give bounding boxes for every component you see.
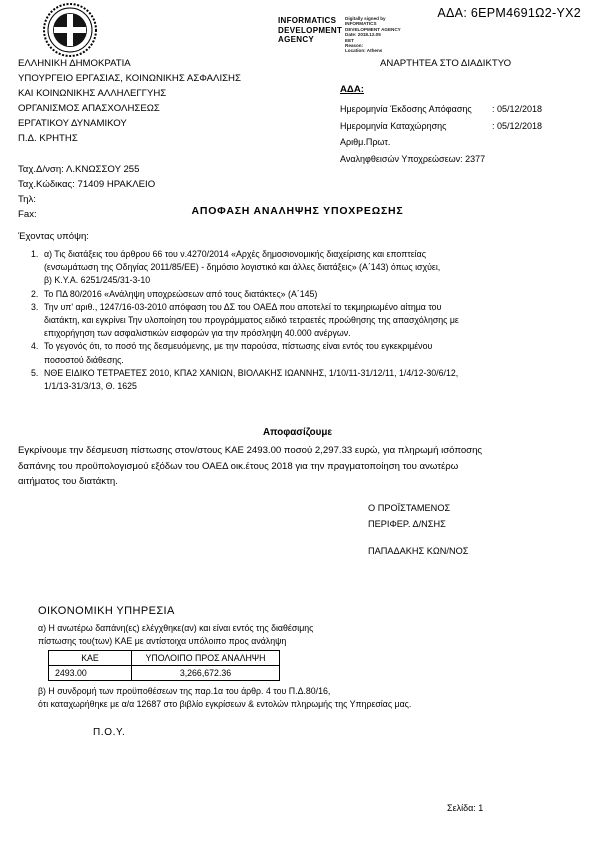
item-text: Το γεγονός ότι, το ποσό της δεσμευόμενης…: [44, 340, 579, 366]
entry-date-row: Ημερομηνία Καταχώρησης : 05/12/2018: [340, 118, 590, 135]
legal-item-2: 2. Το ΠΔ 80/2016 «Ανάληψη υποχρεώσεων απ…: [31, 288, 579, 301]
item-number: 1.: [31, 248, 44, 288]
table-header-row: ΚΑΕ ΥΠΟΛΟΙΠΟ ΠΡΟΣ ΑΝΑΛΗΨΗ: [49, 651, 280, 666]
item-text: Το ΠΔ 80/2016 «Ανάληψη υποχρεώσεων από τ…: [44, 288, 579, 301]
signatory-title: Ο ΠΡΟΪΣΤΑΜΕΝΟΣ: [368, 501, 468, 517]
registration-fields: Ημερομηνία Έκδοσης Απόφασης : 05/12/2018…: [340, 101, 590, 167]
anartitea-note: ΑΝΑΡΤΗΤΕΑ ΣΤΟ ΔΙΑΔΙΚΤΥΟ: [380, 58, 511, 69]
financial-note-a: α) Η ανωτέρω δαπάνη(ες) ελέγχθηκε(αν) κα…: [38, 622, 388, 648]
authority-line: ΟΡΓΑΝΙΣΜΟΣ ΑΠΑΣΧΟΛΗΣΕΩΣ: [18, 101, 241, 116]
decision-heading: Αποφασίζουμε: [0, 427, 595, 438]
entry-date-label: Ημερομηνία Καταχώρησης: [340, 118, 492, 135]
ada-code: ΑΔΑ: 6ΕΡΜ4691Ω2-ΥΧ2: [437, 6, 581, 20]
balance-value: 3,266,672.36: [132, 666, 280, 681]
legal-basis-list: 1. α) Τις διατάξεις του άρθρου 66 του ν.…: [31, 248, 579, 393]
decision-paragraph: Εγκρίνουμε την δέσμευση πίστωσης στον/στ…: [18, 443, 580, 490]
authority-line: ΥΠΟΥΡΓΕΙΟ ΕΡΓΑΣΙΑΣ, ΚΟΙΝΩΝΙΚΗΣ ΑΣΦΑΛΙΣΗΣ: [18, 71, 241, 86]
legal-item-5: 5. ΝΘΕ ΕΙΔΙΚΟ ΤΕΤΡΑΕΤΕΣ 2010, ΚΠΑ2 ΧΑΝΙΩ…: [31, 367, 579, 393]
item-text: α) Τις διατάξεις του άρθρου 66 του ν.427…: [44, 248, 579, 288]
signatory-directorate: ΠΕΡΙΦΕΡ. Δ/ΝΣΗΣ: [368, 517, 468, 533]
document-page: ΑΔΑ: 6ΕΡΜ4691Ω2-ΥΧ2 INFORMATICS DEVELOPM…: [0, 0, 595, 842]
table-row: 2493.00 3,266,672.36: [49, 666, 280, 681]
issuing-authority-block: ΕΛΛΗΝΙΚΗ ΔΗΜΟΚΡΑΤΙΑ ΥΠΟΥΡΓΕΙΟ ΕΡΓΑΣΙΑΣ, …: [18, 56, 241, 146]
authority-line: Π.Δ. ΚΡΗΤΗΣ: [18, 131, 241, 146]
item-number: 2.: [31, 288, 44, 301]
kae-balance-table: ΚΑΕ ΥΠΟΛΟΙΠΟ ΠΡΟΣ ΑΝΑΛΗΨΗ 2493.00 3,266,…: [48, 650, 280, 681]
kae-value: 2493.00: [49, 666, 132, 681]
signature-agency-name: INFORMATICS DEVELOPMENT AGENCY: [278, 16, 342, 54]
issue-date-value: : 05/12/2018: [492, 101, 542, 118]
item-text: Την υπ' αριθ., 1247/16-03-2010 απόφαση τ…: [44, 301, 579, 341]
item-number: 5.: [31, 367, 44, 393]
financial-section-title: ΟΙΚΟΝΟΜΙΚΗ ΥΠΗΡΕΣΙΑ: [38, 605, 175, 617]
issue-date-row: Ημερομηνία Έκδοσης Απόφασης : 05/12/2018: [340, 101, 590, 118]
poy-label: Π.Ο.Υ.: [93, 727, 125, 738]
postal-code: Ταχ.Κώδικας: 71409 ΗΡΑΚΛΕΙΟ: [18, 177, 155, 192]
having-regard-intro: Έχοντας υπόψη:: [18, 231, 89, 242]
commitments-number: Αναληφθεισών Υποχρεώσεων: 2377: [340, 151, 590, 168]
legal-item-1: 1. α) Τις διατάξεις του άρθρου 66 του ν.…: [31, 248, 579, 288]
greek-coat-of-arms-icon: [42, 2, 98, 58]
protocol-number-label: Αριθμ.Πρωτ.: [340, 134, 590, 151]
signatory-block: Ο ΠΡΟΪΣΤΑΜΕΝΟΣ ΠΕΡΙΦΕΡ. Δ/ΝΣΗΣ ΠΑΠΑΔΑΚΗΣ…: [368, 501, 468, 560]
authority-line: ΚΑΙ ΚΟΙΝΩΝΙΚΗΣ ΑΛΛΗΛΕΓΓΥΗΣ: [18, 86, 241, 101]
authority-line: ΕΛΛΗΝΙΚΗ ΔΗΜΟΚΡΑΤΙΑ: [18, 56, 241, 71]
item-number: 4.: [31, 340, 44, 366]
legal-item-3: 3. Την υπ' αριθ., 1247/16-03-2010 απόφασ…: [31, 301, 579, 341]
signatory-name: ΠΑΠΑΔΑΚΗΣ ΚΩΝ/ΝΟΣ: [368, 544, 468, 560]
postal-address: Ταχ.Δ/νση: Λ.ΚΝΩΣΣΟΥ 255: [18, 162, 155, 177]
signature-details: Digitally signed by INFORMATICS DEVELOPM…: [345, 16, 401, 54]
authority-line: ΕΡΓΑΤΙΚΟΥ ΔΥΝΑΜΙΚΟΥ: [18, 116, 241, 131]
digital-signature-stamp: INFORMATICS DEVELOPMENT AGENCY Digitally…: [278, 16, 428, 54]
item-number: 3.: [31, 301, 44, 341]
balance-column-header: ΥΠΟΛΟΙΠΟ ΠΡΟΣ ΑΝΑΛΗΨΗ: [132, 651, 280, 666]
entry-date-value: : 05/12/2018: [492, 118, 542, 135]
item-text: ΝΘΕ ΕΙΔΙΚΟ ΤΕΤΡΑΕΤΕΣ 2010, ΚΠΑ2 ΧΑΝΙΩΝ, …: [44, 367, 579, 393]
issue-date-label: Ημερομηνία Έκδοσης Απόφασης: [340, 101, 492, 118]
document-title: ΑΠΟΦΑΣΗ ΑΝΑΛΗΨΗΣ ΥΠΟΧΡΕΩΣΗΣ: [0, 205, 595, 217]
financial-note-b: β) Η συνδρομή των προϋποθέσεων της παρ.1…: [38, 685, 578, 711]
ada-label: ΑΔΑ:: [340, 84, 364, 95]
kae-column-header: ΚΑΕ: [49, 651, 132, 666]
legal-item-4: 4. Το γεγονός ότι, το ποσό της δεσμευόμε…: [31, 340, 579, 366]
page-number: Σελίδα: 1: [447, 803, 483, 813]
